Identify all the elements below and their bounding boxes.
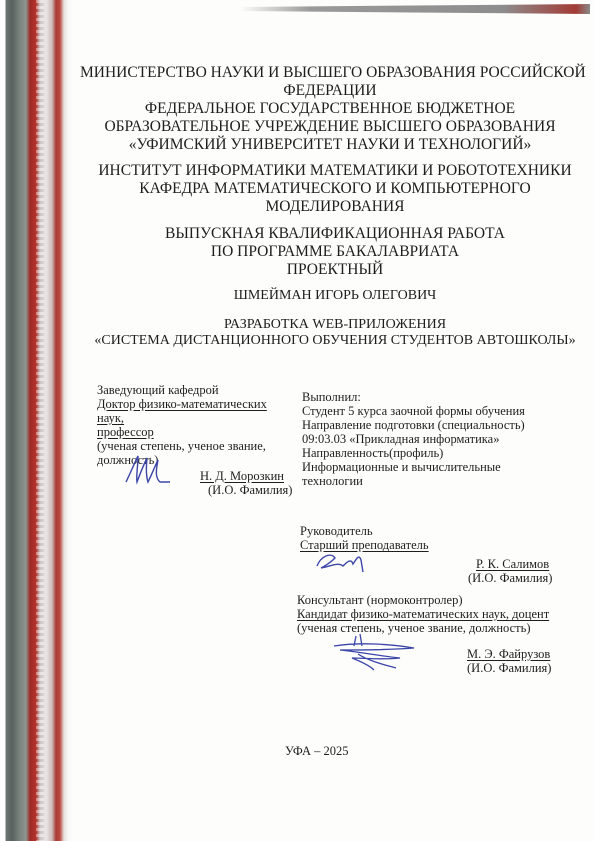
header-line: ФЕДЕРАЛЬНОЕ ГОСУДАРСТВЕННОЕ БЮДЖЕТНОЕ [80, 100, 580, 118]
supervisor-name-hint: (И.О. Фамилия) [468, 571, 552, 585]
signature-morozkin [122, 452, 172, 488]
head-hint: (ученая степень, ученое звание, [97, 439, 297, 453]
institute-line: КАФЕДРА МАТЕМАТИЧЕСКОГО И КОМПЬЮТЕРНОГО [95, 180, 575, 198]
performer-line: Студент 5 курса заочной формы обучения [302, 404, 552, 418]
head-degree: Доктор физико-математических наук, [97, 397, 297, 425]
consultant-name-hint: (И.О. Фамилия) [467, 661, 551, 675]
header-line: «УФИМСКИЙ УНИВЕРСИТЕТ НАУКИ И ТЕХНОЛОГИЙ… [80, 136, 580, 154]
institute-line: ИНСТИТУТ ИНФОРМАТИКИ МАТЕМАТИКИ И РОБОТО… [95, 162, 575, 180]
topic-line: «СИСТЕМА ДИСТАНЦИОННОГО ОБУЧЕНИЯ СТУДЕНТ… [85, 333, 585, 349]
work-type-line: ВЫПУСКНАЯ КВАЛИФИКАЦИОННАЯ РАБОТА [95, 225, 575, 243]
institute-block: ИНСТИТУТ ИНФОРМАТИКИ МАТЕМАТИКИ И РОБОТО… [95, 162, 575, 216]
performer-block: Выполнил: Студент 5 курса заочной формы … [302, 390, 552, 488]
header-line: ОБРАЗОВАТЕЛЬНОЕ УЧРЕЖДЕНИЕ ВЫСШЕГО ОБРАЗ… [80, 118, 580, 136]
supervisor-role: Руководитель [300, 524, 500, 538]
consultant-degree: Кандидат физико-математических наук, доц… [297, 607, 567, 621]
supervisor-name: Р. К. Салимов [476, 557, 549, 571]
performer-line: Выполнил: [302, 390, 552, 404]
institute-line: МОДЕЛИРОВАНИЯ [95, 198, 575, 216]
work-type-block: ВЫПУСКНАЯ КВАЛИФИКАЦИОННАЯ РАБОТА ПО ПРО… [95, 225, 575, 279]
consultant-role: Консультант (нормоконтролер) [297, 593, 567, 607]
consultant-block: Консультант (нормоконтролер) Кандидат фи… [297, 593, 567, 635]
head-name: Н. Д. Морозкин [200, 469, 284, 483]
header-line: ФЕДЕРАЦИИ [80, 82, 580, 100]
scan-top-edge [240, 4, 590, 14]
author-name: ШМЕЙМАН ИГОРЬ ОЛЕГОВИЧ [95, 287, 575, 305]
work-type-line: ПО ПРОГРАММЕ БАКАЛАВРИАТА [95, 243, 575, 261]
signature-salimov [313, 548, 373, 576]
performer-line: Направленность(профиль) [302, 446, 552, 460]
topic-block: РАЗРАБОТКА WEB-ПРИЛОЖЕНИЯ «СИСТЕМА ДИСТА… [85, 317, 585, 349]
topic-line: РАЗРАБОТКА WEB-ПРИЛОЖЕНИЯ [85, 317, 585, 333]
performer-line: Информационные и вычислительные [302, 460, 552, 474]
city-year-footer: УФА – 2025 [285, 744, 349, 758]
binding-edge [0, 0, 72, 841]
ministry-header: МИНИСТЕРСТВО НАУКИ И ВЫСШЕГО ОБРАЗОВАНИЯ… [80, 64, 580, 154]
performer-line: Направление подготовки (специальность) [302, 418, 552, 432]
head-role: Заведующий кафедрой [97, 383, 297, 397]
head-name-hint: (И.О. Фамилия) [208, 483, 292, 497]
consultant-name: М. Э. Файрузов [467, 647, 550, 661]
header-line: МИНИСТЕРСТВО НАУКИ И ВЫСШЕГО ОБРАЗОВАНИЯ… [80, 64, 580, 82]
performer-line: технологии [302, 474, 552, 488]
work-type-line: ПРОЕКТНЫЙ [95, 261, 575, 279]
performer-line: 09:03.03 «Прикладная информатика» [302, 432, 552, 446]
head-degree-cont: профессор [97, 425, 297, 439]
signature-fairuzov [330, 632, 420, 672]
